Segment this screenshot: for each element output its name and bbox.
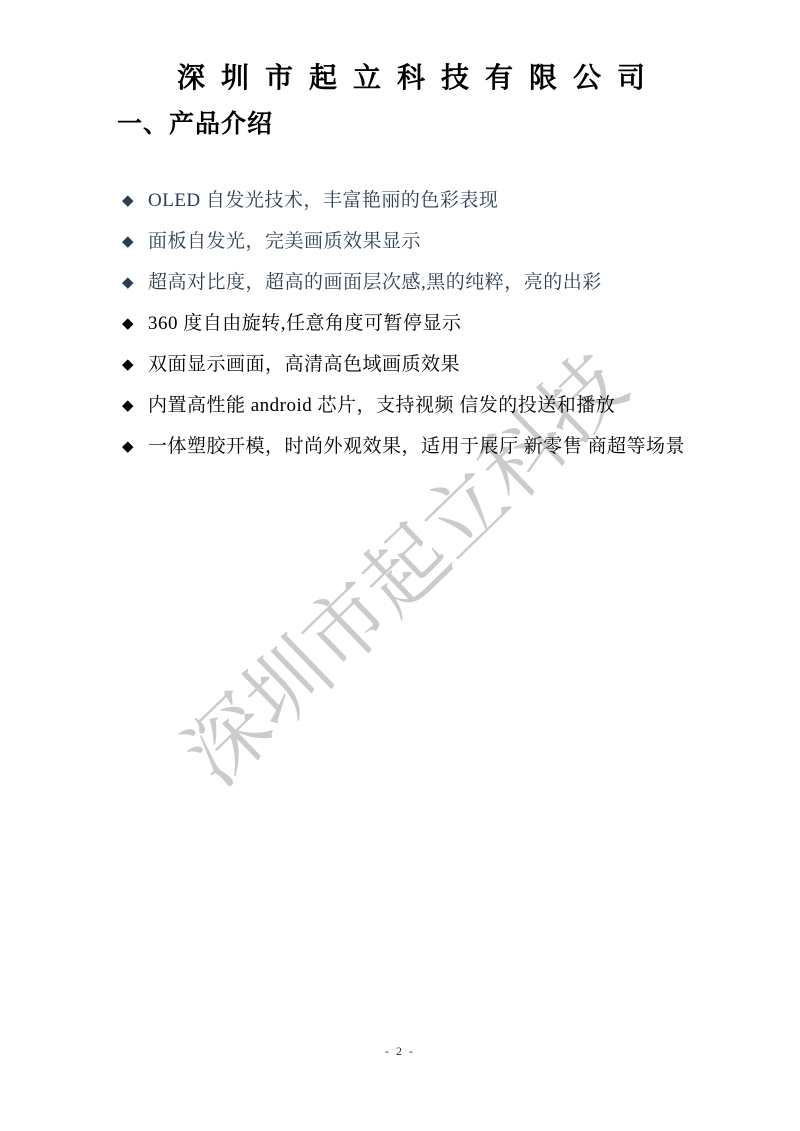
bullet-item: ◆ 360 度自由旋转,任意角度可暂停显示 xyxy=(122,313,722,335)
bullet-text: 面板自发光，完美画质效果显示 xyxy=(148,231,421,253)
document-page: 深圳市起立科技 深圳市起立科技有限公司 一、产品介绍 ◆ OLED 自发光技术，… xyxy=(0,0,800,1131)
diamond-bullet-icon: ◆ xyxy=(122,354,148,376)
bullet-text: 双面显示画面，高清高色域画质效果 xyxy=(148,354,460,376)
diamond-bullet-icon: ◆ xyxy=(122,395,148,417)
bullet-text: OLED 自发光技术，丰富艳丽的色彩表现 xyxy=(148,190,498,212)
bullet-item: ◆ 内置高性能 android 芯片，支持视频 信发的投送和播放 xyxy=(122,395,722,417)
diamond-bullet-icon: ◆ xyxy=(122,313,148,335)
bullet-item: ◆ 超高对比度，超高的画面层次感,黑的纯粹，亮的出彩 xyxy=(122,272,722,294)
bullet-item: ◆ 双面显示画面，高清高色域画质效果 xyxy=(122,354,722,376)
diamond-bullet-icon: ◆ xyxy=(122,231,148,253)
bullet-item: ◆ 一体塑胶开模，时尚外观效果，适用于展厅 新零售 商超等场景 xyxy=(122,436,722,458)
diamond-bullet-icon: ◆ xyxy=(122,436,148,458)
bullet-item: ◆ OLED 自发光技术，丰富艳丽的色彩表现 xyxy=(122,190,722,212)
diamond-bullet-icon: ◆ xyxy=(122,272,148,294)
bullet-item: ◆ 面板自发光，完美画质效果显示 xyxy=(122,231,722,253)
company-title: 深圳市起立科技有限公司 xyxy=(177,56,661,96)
section-heading: 一、产品介绍 xyxy=(117,104,273,140)
bullet-text: 360 度自由旋转,任意角度可暂停显示 xyxy=(148,313,462,335)
bullet-text: 一体塑胶开模，时尚外观效果，适用于展厅 新零售 商超等场景 xyxy=(148,436,685,458)
page-number: - 2 - xyxy=(0,1044,800,1059)
bullet-text: 内置高性能 android 芯片，支持视频 信发的投送和播放 xyxy=(148,395,615,417)
diamond-bullet-icon: ◆ xyxy=(122,190,148,212)
feature-bullet-list: ◆ OLED 自发光技术，丰富艳丽的色彩表现 ◆ 面板自发光，完美画质效果显示 … xyxy=(122,190,722,477)
bullet-text: 超高对比度，超高的画面层次感,黑的纯粹，亮的出彩 xyxy=(148,272,602,294)
